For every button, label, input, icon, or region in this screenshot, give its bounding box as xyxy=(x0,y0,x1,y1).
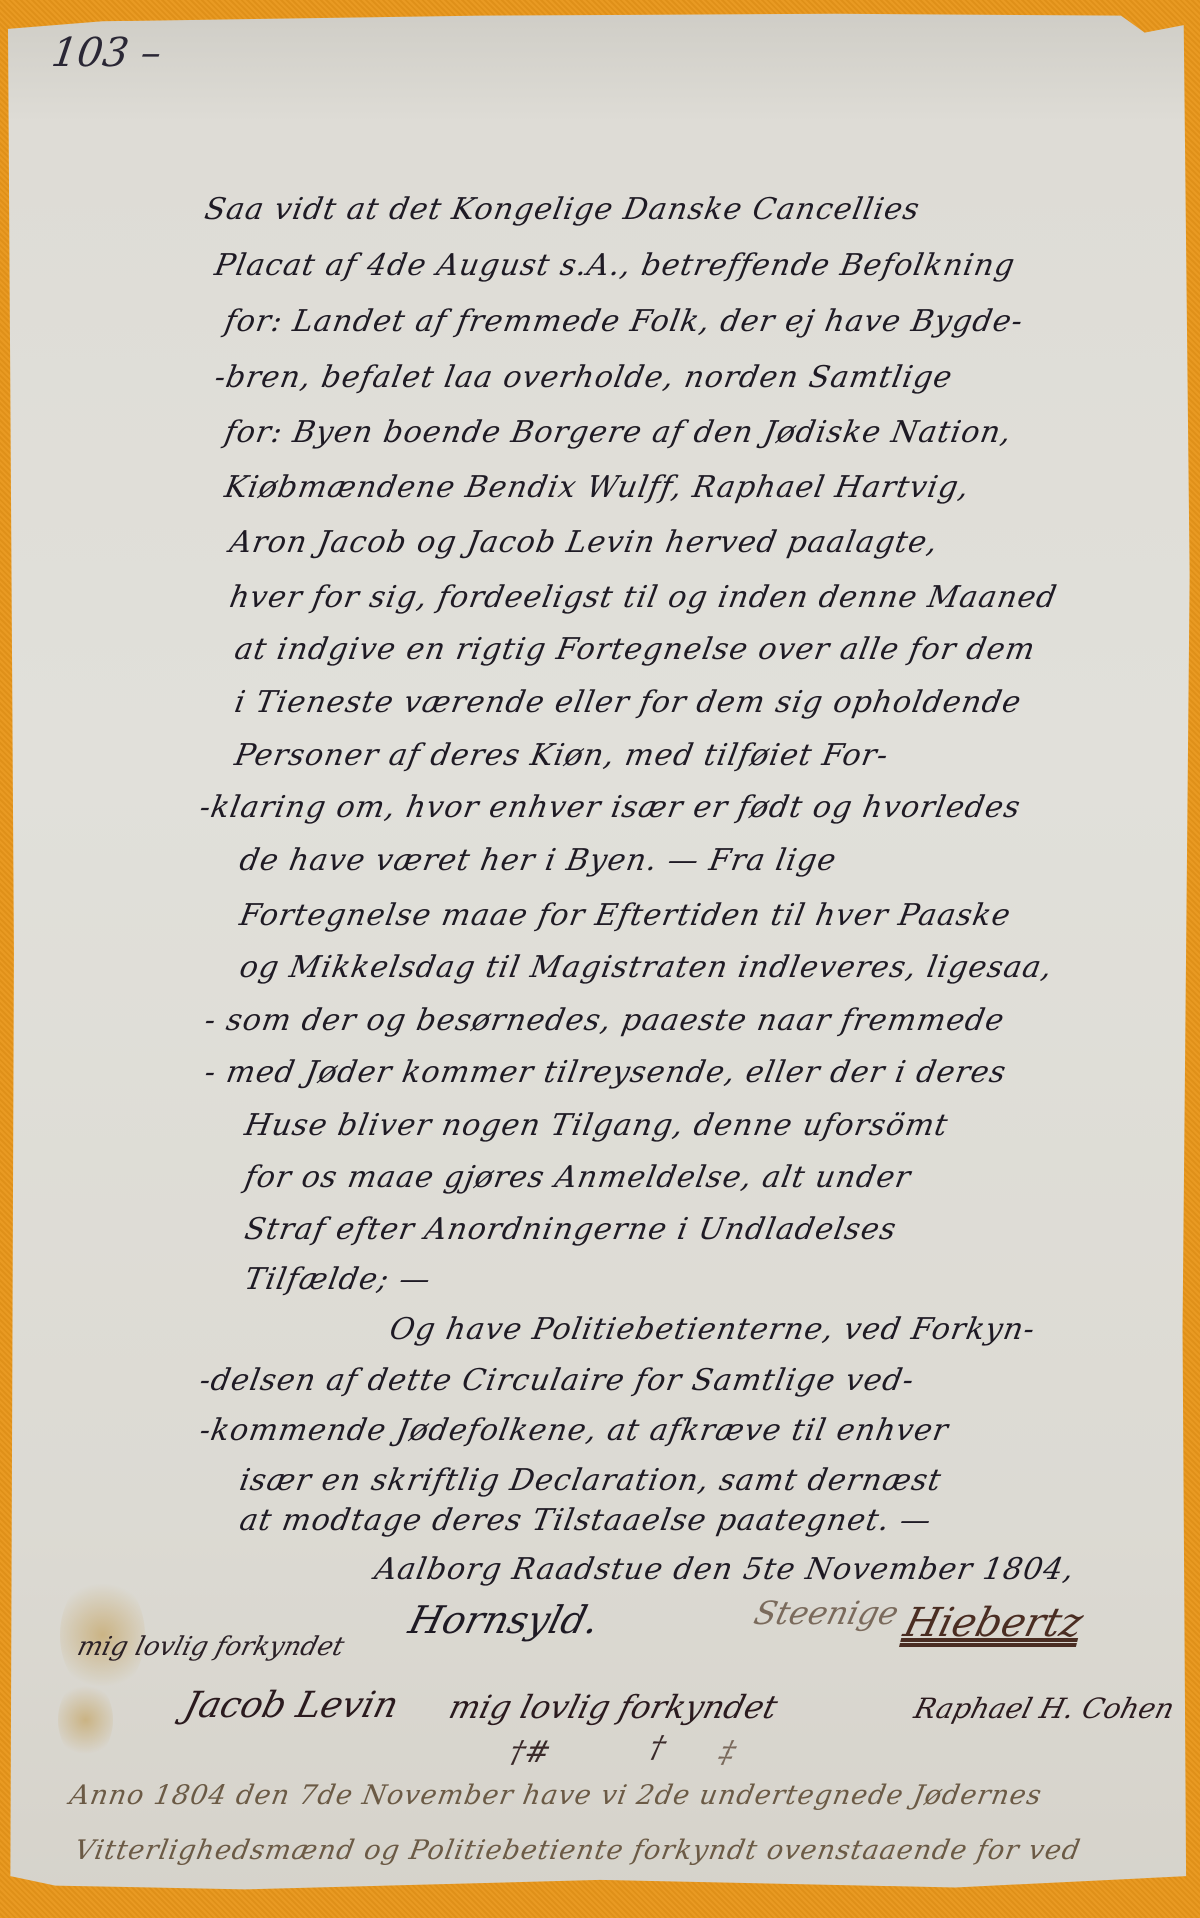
body-line: Personer af deres Kiøn, med tilføiet For… xyxy=(232,738,891,773)
body-line: for os maae gjøres Anmeldelse, alt under xyxy=(242,1160,914,1195)
body-line: de have været her i Byen. — Fra lige xyxy=(237,843,839,878)
footer-line: Anno 1804 den 7de November have vi 2de u… xyxy=(67,1780,1044,1811)
body-line: for: Byen boende Borgere af den Jødiske … xyxy=(222,415,1015,450)
body-line: hver for sig, fordeeligst til og inden d… xyxy=(227,580,1060,615)
acknowledgement-line: mig lovlig forkyndet xyxy=(74,1632,347,1662)
body-line: -bren, befalet laa overholde, norden Sam… xyxy=(212,360,956,395)
body-line: for: Landet af fremmede Folk, der ej hav… xyxy=(222,304,1026,339)
body-line: Saa vidt at det Kongelige Danske Cancell… xyxy=(202,192,923,227)
page-number: 103 – xyxy=(49,30,165,76)
body-line: - som der og besørnedes, paaeste naar fr… xyxy=(202,1003,1007,1038)
body-line: Fortegnelse maae for Eftertiden til hver… xyxy=(237,898,1014,933)
body-line: at indgive en rigtig Fortegnelse over al… xyxy=(232,632,1038,667)
signature-hornsyld: Hornsyld. xyxy=(405,1598,604,1642)
signature-jacob-levin: Jacob Levin xyxy=(180,1685,403,1726)
body-line: Placat af 4de August s.A., betreffende B… xyxy=(212,248,1018,283)
body-line: Tilfælde; — xyxy=(242,1262,434,1297)
body-line: -klaring om, hvor enhver især er født og… xyxy=(197,790,1024,825)
body-line: - med Jøder kommer tilreysende, eller de… xyxy=(202,1055,1009,1090)
body-line: Huse bliver nogen Tilgang, denne uforsöm… xyxy=(242,1108,951,1143)
signature-steenige: Steenige xyxy=(750,1594,902,1632)
body-line: Straf efter Anordningerne i Undladelses xyxy=(242,1212,899,1247)
body-line: i Tieneste værende eller for dem sig oph… xyxy=(232,685,1024,720)
body-line: Aron Jacob og Jacob Levin herved paalagt… xyxy=(227,525,941,560)
body-line: -kommende Jødefolkene, at afkræve til en… xyxy=(197,1413,952,1448)
signature-hiebertz: Hiebertz xyxy=(899,1600,1087,1646)
body-line: Og have Politiebetienterne, ved Forkyn- xyxy=(387,1312,1038,1347)
footer-line: Vitterlighedsmænd og Politiebetiente for… xyxy=(72,1835,1083,1866)
stain xyxy=(58,1680,113,1760)
body-line: -delsen af dette Circulaire for Samtlige… xyxy=(197,1363,917,1398)
body-line: og Mikkelsdag til Magistraten indleveres… xyxy=(237,950,1055,985)
body-line: især en skriftlig Declaration, samt dern… xyxy=(237,1463,944,1498)
body-line: at modtage deres Tilstaaelse paategnet. … xyxy=(237,1503,934,1538)
body-line: Kiøbmændene Bendix Wulff, Raphael Hartvi… xyxy=(222,470,972,505)
date-line: Aalborg Raadstue den 5te November 1804, xyxy=(372,1552,1077,1587)
signature-raphael-cohen: Raphael H. Cohen xyxy=(911,1692,1178,1725)
acknowledgement-text: mig lovlig forkyndet xyxy=(445,1688,781,1726)
